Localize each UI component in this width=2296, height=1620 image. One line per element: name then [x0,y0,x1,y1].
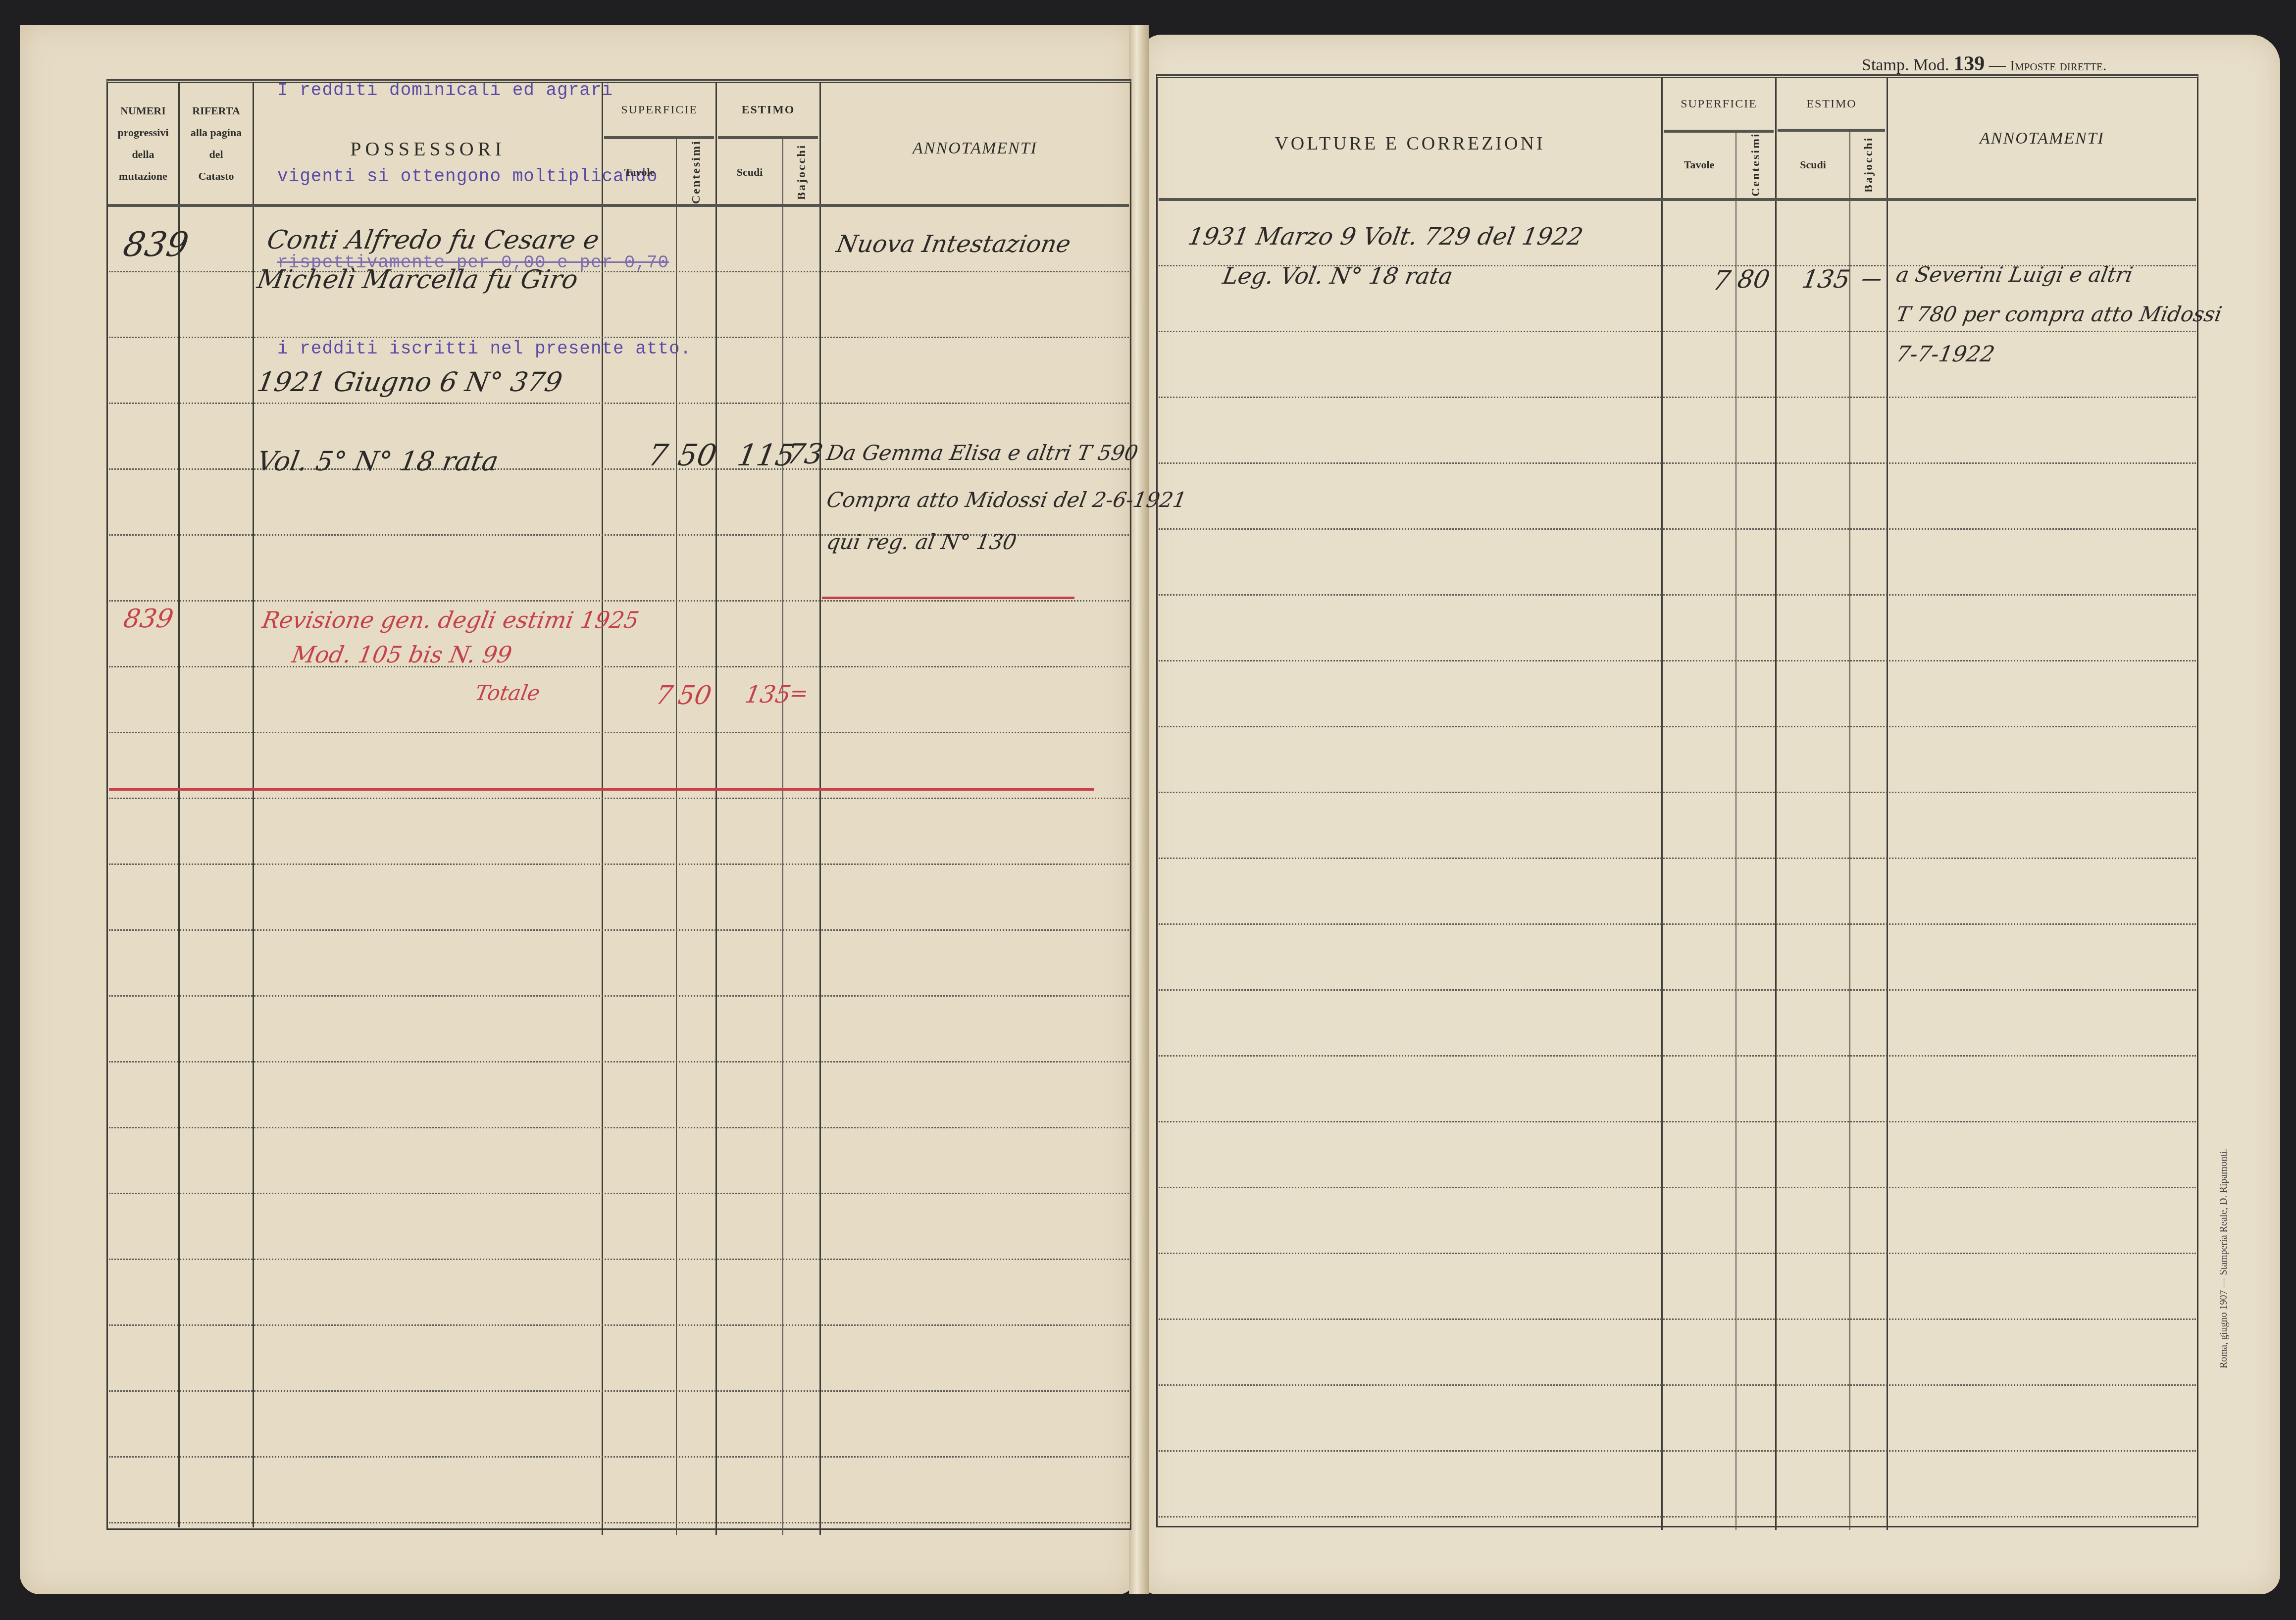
annotation-line: Da Gemma Elisa e altri T 590 [825,441,1140,465]
row-rule [109,929,1129,931]
header-label: mutazione [119,165,167,187]
header-label: alla pagina [191,122,242,144]
header-label: NUMERI [120,100,166,122]
possessori-line: Michelì Marcella fu Giro [255,265,580,295]
row-rule [1159,1253,2196,1254]
col-divider [253,82,254,1527]
annotation-line: T 780 per compra atto Midossi [1894,302,2224,326]
annotation-line: 7-7-1922 [1894,342,1997,367]
row-rule [109,863,1129,865]
col-divider [178,82,180,1527]
header-bajocchi: Bajocchi [1851,134,1887,196]
header-tavole: Tavole [603,141,676,203]
bajocchi-value: — [1860,267,1884,290]
header-possessori: POSSESSORI [254,134,602,163]
header-centesimi: Centesimi [677,141,715,203]
form-number: 139 [1953,52,1985,75]
possessori-line: Revisione gen. degli estimi 1925 [260,607,641,633]
header-numeri: NUMERI progressivi della mutazione [108,84,178,203]
row-rule [1159,1187,2196,1188]
red-rule [822,597,1074,599]
header-label: del [209,144,223,165]
row-rule [1159,989,2196,991]
row-rule [1159,660,2196,661]
row-rule [1159,594,2196,596]
red-rule [109,788,1094,791]
col-divider [1735,131,1736,1530]
header-estimo: ESTIMO [717,84,819,136]
header-annotamenti: ANNOTAMENTI [1888,124,2196,153]
row-rule [109,1522,1129,1523]
form-dash: — [1989,56,2006,74]
header-label: Catasto [198,165,234,187]
row-rule [109,1390,1129,1392]
row-rule [1159,397,2196,398]
row-rule [1159,858,2196,859]
row-rule [1159,726,2196,727]
row-rule [109,1456,1129,1458]
col-divider [602,82,603,1535]
possessori-line: Mod. 105 bis N. 99 [290,641,514,668]
col-divider [1887,77,1888,1530]
row-rule [1159,1516,2196,1518]
centesimi-value: 50 [676,681,714,710]
entry-number: 839 [120,225,192,264]
header-scudi: Scudi [717,141,782,203]
row-rule [109,1127,1129,1128]
header-divider [718,136,818,139]
right-table-border [1156,74,2198,1527]
row-rule [1159,1055,2196,1057]
row-rule [1159,462,2196,464]
row-rule [1159,331,2196,332]
header-annotamenti: ANNOTAMENTI [821,134,1129,163]
row-rule [1159,792,2196,793]
row-rule [109,995,1129,997]
centesimi-value: 50 [675,438,719,473]
annotation-line: Nuova Intestazione [834,230,1073,258]
header-scudi: Scudi [1777,134,1849,196]
header-centesimi: Centesimi [1737,134,1775,196]
col-divider [1661,77,1663,1530]
possessori-line: 1921 Giugno 6 N° 379 [255,366,564,398]
row-rule [1159,528,2196,530]
scudi-value: 135 [1800,265,1852,294]
row-rule [109,666,1129,667]
left-table-border [106,79,1131,1530]
col-divider [1849,131,1850,1530]
centesimi-value: 80 [1735,265,1772,294]
scudi-value: 135 [743,681,793,709]
row-rule [109,1324,1129,1326]
form-code: Stamp. Mod. 139 — Imposte dirette. [1862,52,2106,76]
row-rule [109,1193,1129,1194]
entry-number: 839 [121,604,176,634]
row-rule [1159,1450,2196,1452]
annotation-line: qui reg. al N° 130 [825,530,1019,554]
header-divider [1778,129,1885,132]
header-superficie: SUPERFICIE [1663,79,1775,129]
printer-note: Roma, giugno 1907 — Stamperia Reale, D. … [2218,1149,2230,1368]
possessori-line: Vol. 5° N° 18 rata [255,446,501,477]
possessori-line: Conti Alfredo fu Cesare e [265,225,602,255]
header-label: della [132,144,154,165]
header-bajocchi: Bajocchi [784,141,819,203]
row-rule [109,732,1129,733]
header-bottom-rule [108,204,1129,207]
row-rule [1159,1121,2196,1122]
header-estimo: ESTIMO [1777,79,1887,129]
possessori-line: Totale [473,681,542,705]
row-rule [1159,923,2196,925]
col-divider [1775,77,1777,1530]
row-rule [109,600,1129,602]
book-spine [1129,25,1149,1594]
row-rule [109,337,1129,338]
annotation-line: a Severini Luigi e altri [1894,262,2135,287]
row-rule [109,1259,1129,1260]
header-superficie: SUPERFICIE [603,84,715,136]
row-rule [109,1061,1129,1063]
form-prefix: Stamp. Mod. [1862,56,1949,74]
col-divider [819,82,821,1535]
header-label: RIFERTA [192,100,240,122]
header-divider [604,136,714,139]
header-volture: VOLTURE E CORREZIONI [1159,129,1661,158]
header-riferta: RIFERTA alla pagina del Catasto [180,84,253,203]
row-rule [1159,1318,2196,1320]
header-bottom-rule [1159,198,2196,201]
form-suffix: Imposte dirette. [2010,57,2106,74]
row-rule [109,798,1129,799]
col-divider [715,82,717,1535]
row-rule [1159,1384,2196,1386]
volture-line: 1931 Marzo 9 Volt. 729 del 1922 [1186,223,1585,251]
header-tavole: Tavole [1663,134,1735,196]
bajocchi-value: 73 [784,438,825,470]
volture-line: Leg. Vol. N° 18 rata [1221,262,1455,289]
row-rule [109,403,1129,404]
annotation-line: Compra atto Midossi del 2-6-1921 [825,488,1188,512]
header-label: progressivi [117,122,168,144]
